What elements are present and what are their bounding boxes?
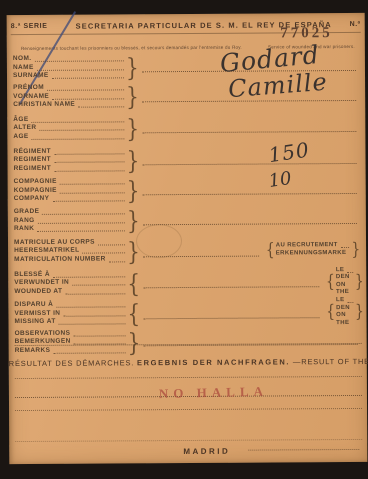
label-disparu-fr: DISPARU À [14,301,53,310]
label-date-en: ON THE [336,312,350,327]
label-observations-fr: OBSERVATIONS [15,329,71,338]
field-row-rank: GRADE RANG RANK } [14,205,361,235]
label-nom-de: NAME [13,64,34,73]
label-compagnie-en: COMPANY [14,195,50,204]
label-compagnie-fr: COMPAGNIE [14,178,57,187]
label-date-de: DEN [336,274,350,282]
field-row-matriculation: MATRICULE AU CORPS HEERESMATRIKEL MATRIC… [14,234,361,267]
result-heading-en: —RESULT OF THE ENQUIRY. [293,357,368,367]
subtitle-english: Service of wounded and war prisoners. [268,44,355,50]
city-label: MADRID [183,447,230,456]
card-number: 77025 [280,25,333,42]
label-regiment-fr: RÉGIMENT [13,148,51,157]
label-prenom-fr: PRÉNOM [13,84,44,93]
field-row-christian-name: PRÉNOM VORNAME CHRISTIAN NAME } Camille [13,80,360,112]
inquiry-card: 8.ª SERIE SECRETARIA PARTICULAR DE S. M.… [7,13,368,464]
label-grade-en: RANK [14,225,34,234]
label-date-en: ON THE [336,282,350,297]
label-disparu-de: VERMISST IN [14,310,60,319]
label-age-de: ALTER [13,124,36,133]
card-footer: MADRID [15,446,359,457]
label-compagnie-de: KOMPAGNIE [14,187,57,196]
field-row-surname: NOM. NAME SURNAME } Godard [13,52,360,82]
label-grade-de: RANG [14,217,35,226]
label-grade-fr: GRADE [14,208,40,217]
label-recrutement-de: ERKENNUNGSMARKE [276,250,347,258]
label-prenom-en: CHRISTIAN NAME [13,101,75,110]
label-blesse-fr: BLESSÉ À [14,271,50,280]
field-row-age: ÂGE ALTER AGE } [13,112,360,143]
field-row-wounded-at: BLESSÉ À VERWUNDET IN WOUNDED AT { { LE … [14,267,361,298]
number-label: N.º [335,21,361,28]
field-row-company: COMPAGNIE KOMPAGNIE COMPANY } 10 [14,175,361,205]
label-nom-en: SURNAME [13,72,49,81]
date-write-line [248,449,359,451]
card-subtitle: Renseignements touchant les prisonniers … [21,44,355,51]
field-row-regiment: RÉGIMENT REGIMENT REGIMENT } 150 [13,144,360,175]
result-write-line [15,439,362,442]
result-heading-fr: RÉSULTAT DES DÉMARCHES. [9,358,134,368]
label-age-en: AGE [13,133,28,142]
label-date-de: DEN [336,305,350,313]
label-regiment-de: REGIMENT [13,156,51,165]
label-matricule-en: MATRICULATION NUMBER [14,255,106,264]
label-nom-fr: NOM. [13,55,32,64]
not-found-stamp: NO HALLA [159,384,268,403]
form-fields: NOM. NAME SURNAME } Godard PRÉNOM VORNAM… [13,52,362,356]
label-date-fr: LE [336,267,345,275]
result-heading-de: ERGEBNIS DER NACHFRAGEN. [137,357,290,367]
result-write-line [15,408,362,411]
field-row-remarks: OBSERVATIONS BEMERKUNGEN REMARKS } [15,327,362,356]
label-date-fr: LE [336,297,345,305]
result-heading: RÉSULTAT DES DÉMARCHES. ERGEBNIS DER NAC… [9,357,367,368]
label-disparu-en: MISSING AT [14,318,55,327]
result-write-line [15,376,362,379]
label-regiment-en: REGIMENT [14,165,52,174]
field-row-missing-at: DISPARU À VERMISST IN MISSING AT { { LE … [14,297,361,329]
label-blesse-de: VERWUNDET IN [14,279,69,288]
label-observations-en: REMARKS [15,347,51,356]
label-blesse-en: WOUNDED AT [14,288,62,297]
label-prenom-de: VORNAME [13,93,49,102]
label-age-fr: ÂGE [13,116,28,125]
